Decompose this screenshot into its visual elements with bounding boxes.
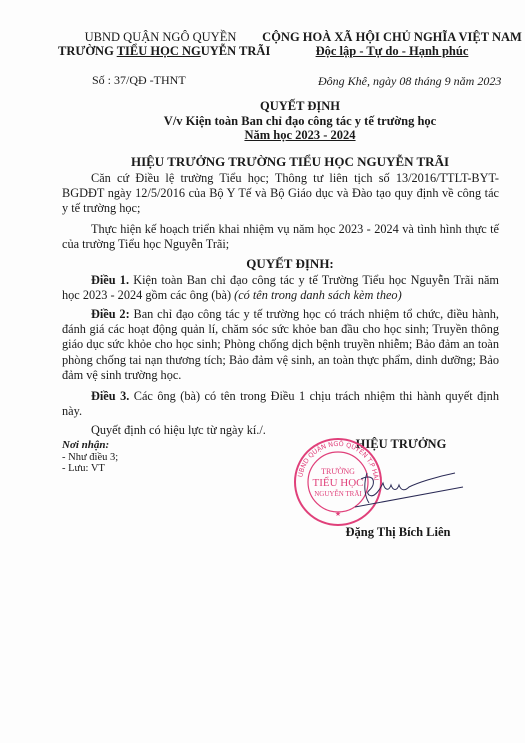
recipients-block: Nơi nhận: - Như điều 3; - Lưu: VT <box>62 440 118 475</box>
decision-heading: QUYẾT ĐỊNH: <box>80 256 500 272</box>
school-name-prefix: TRƯỜNG <box>58 44 117 58</box>
recipients-label: Nơi nhận: <box>62 440 118 452</box>
national-header-block: CỘNG HOÀ XÃ HỘI CHỦ NGHĨA VIỆT NAM Độc l… <box>262 30 522 58</box>
article-3-label: Điều 3. <box>91 389 129 403</box>
article-2-label: Điều 2: <box>91 307 130 321</box>
effective-date-paragraph: Quyết định có hiệu lực từ ngày kí./. <box>62 423 499 438</box>
signatory-name: Đặng Thị Bích Liên <box>318 525 478 540</box>
svg-text:★: ★ <box>335 510 341 518</box>
school-name-underlined: TIỂU HỌC NG <box>117 44 201 58</box>
school-name-suffix: UYỄN TRÃI <box>201 44 271 58</box>
recipient-item: - Lưu: VT <box>62 463 118 475</box>
article-1: Điều 1. Kiện toàn Ban chỉ đạo công tác y… <box>62 273 499 303</box>
authority-name: UBND QUẬN NGÔ QUYỀN <box>58 30 263 44</box>
article-1-note: (có tên trong danh sách kèm theo) <box>234 288 402 302</box>
country-name: CỘNG HOÀ XÃ HỘI CHỦ NGHĨA VIỆT NAM <box>262 30 522 44</box>
article-1-label: Điều 1. <box>91 273 129 287</box>
signature-icon <box>355 465 465 510</box>
document-subject: V/v Kiện toàn Ban chỉ đạo công tác y tế … <box>100 114 500 129</box>
stamp-line-1: TRƯỜNG <box>321 466 355 476</box>
issuer-heading: HIỆU TRƯỞNG TRƯỜNG TIỂU HỌC NGUYỄN TRÃI <box>80 154 500 170</box>
school-name: TRƯỜNG TIỂU HỌC NGUYỄN TRÃI <box>58 44 263 58</box>
article-2: Điều 2: Ban chỉ đạo công tác y tế trường… <box>62 307 499 383</box>
school-year: Năm học 2023 - 2024 <box>100 128 500 143</box>
implementation-basis-paragraph: Thực hiện kế hoạch triển khai nhiệm vụ n… <box>62 222 499 252</box>
school-year-text: Năm học 2023 - 2024 <box>244 128 355 142</box>
document-type: QUYẾT ĐỊNH <box>100 99 500 114</box>
document-page: UBND QUẬN NGÔ QUYỀN TRƯỜNG TIỂU HỌC NGUY… <box>0 0 525 743</box>
recipient-item: - Như điều 3; <box>62 452 118 464</box>
document-number: Số : 37/QĐ -THNT <box>92 73 186 88</box>
place-and-date: Đông Khê, ngày 08 tháng 9 năm 2023 <box>318 74 501 89</box>
issuing-authority-block: UBND QUẬN NGÔ QUYỀN TRƯỜNG TIỂU HỌC NGUY… <box>58 30 263 58</box>
document-title-block: QUYẾT ĐỊNH V/v Kiện toàn Ban chỉ đạo côn… <box>100 99 500 143</box>
legal-basis-paragraph: Căn cứ Điều lệ trường Tiểu học; Thông tư… <box>62 171 499 217</box>
article-3: Điều 3. Các ông (bà) có tên trong Điều 1… <box>62 389 499 419</box>
national-motto: Độc lập - Tự do - Hạnh phúc <box>262 44 522 58</box>
